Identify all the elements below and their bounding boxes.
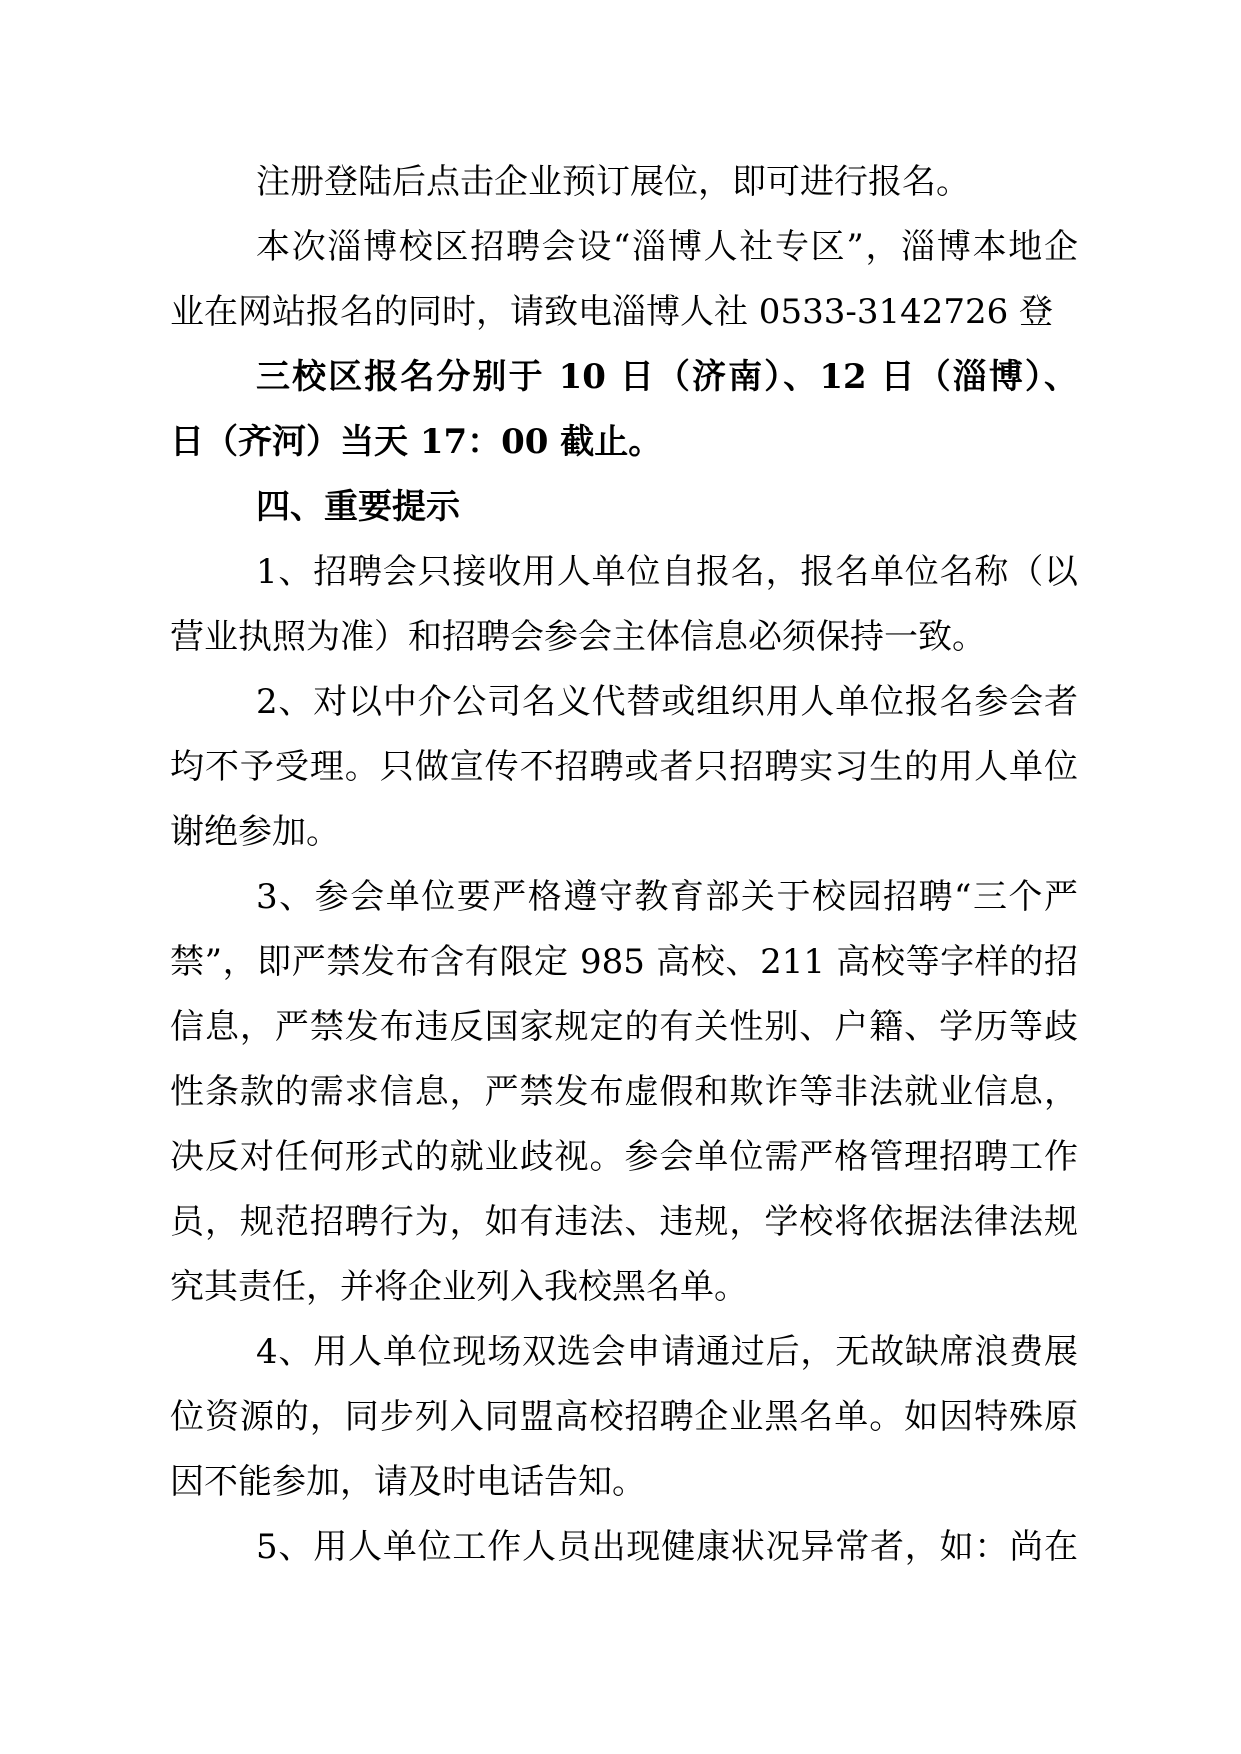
text-line: 4、用人单位现场双选会申请通过后，无故缺席浪费展 — [170, 1320, 1078, 1385]
text-line: 本次淄博校区招聘会设“淄博人社专区”，淄博本地企 — [170, 215, 1078, 280]
text-line: 5、用人单位工作人员出现健康状况异常者，如：尚在 — [170, 1515, 1078, 1580]
text-line: 因不能参加，请及时电话告知。 — [170, 1450, 1078, 1515]
text-line: 均不予受理。只做宣传不招聘或者只招聘实习生的用人单位 — [170, 735, 1078, 800]
text-line: 决反对任何形式的就业歧视。参会单位需严格管理招聘工作人 — [170, 1125, 1078, 1190]
text-line: 位资源的，同步列入同盟高校招聘企业黑名单。如因特殊原 — [170, 1385, 1078, 1450]
text-line: 性条款的需求信息，严禁发布虚假和欺诈等非法就业信息，坚 — [170, 1060, 1078, 1125]
text-line: 三校区报名分别于 10 日（济南）、12 日（淄博）、15 — [170, 345, 1078, 410]
text-line: 2、对以中介公司名义代替或组织用人单位报名参会者 — [170, 670, 1078, 735]
text-line: 3、参会单位要严格遵守教育部关于校园招聘“三个严 — [170, 865, 1078, 930]
document-page: 注册登陆后点击企业预订展位，即可进行报名。本次淄博校区招聘会设“淄博人社专区”，… — [0, 0, 1241, 1754]
text-line: 注册登陆后点击企业预订展位，即可进行报名。 — [170, 150, 1078, 215]
text-line: 业在网站报名的同时，请致电淄博人社 0533-3142726 登记。 — [170, 280, 1078, 345]
document-body: 注册登陆后点击企业预订展位，即可进行报名。本次淄博校区招聘会设“淄博人社专区”，… — [170, 150, 1078, 1580]
text-line: 禁”，即严禁发布含有限定 985 高校、211 高校等字样的招聘 — [170, 930, 1078, 995]
section-heading: 四、重要提示 — [170, 475, 1078, 540]
text-line: 1、招聘会只接收用人单位自报名，报名单位名称（以 — [170, 540, 1078, 605]
text-line: 信息，严禁发布违反国家规定的有关性别、户籍、学历等歧视 — [170, 995, 1078, 1060]
text-line: 究其责任，并将企业列入我校黑名单。 — [170, 1255, 1078, 1320]
text-line: 营业执照为准）和招聘会参会主体信息必须保持一致。 — [170, 605, 1078, 670]
text-line: 员，规范招聘行为，如有违法、违规，学校将依据法律法规追 — [170, 1190, 1078, 1255]
text-line: 日（齐河）当天 17：00 截止。 — [170, 410, 1078, 475]
text-line: 谢绝参加。 — [170, 800, 1078, 865]
